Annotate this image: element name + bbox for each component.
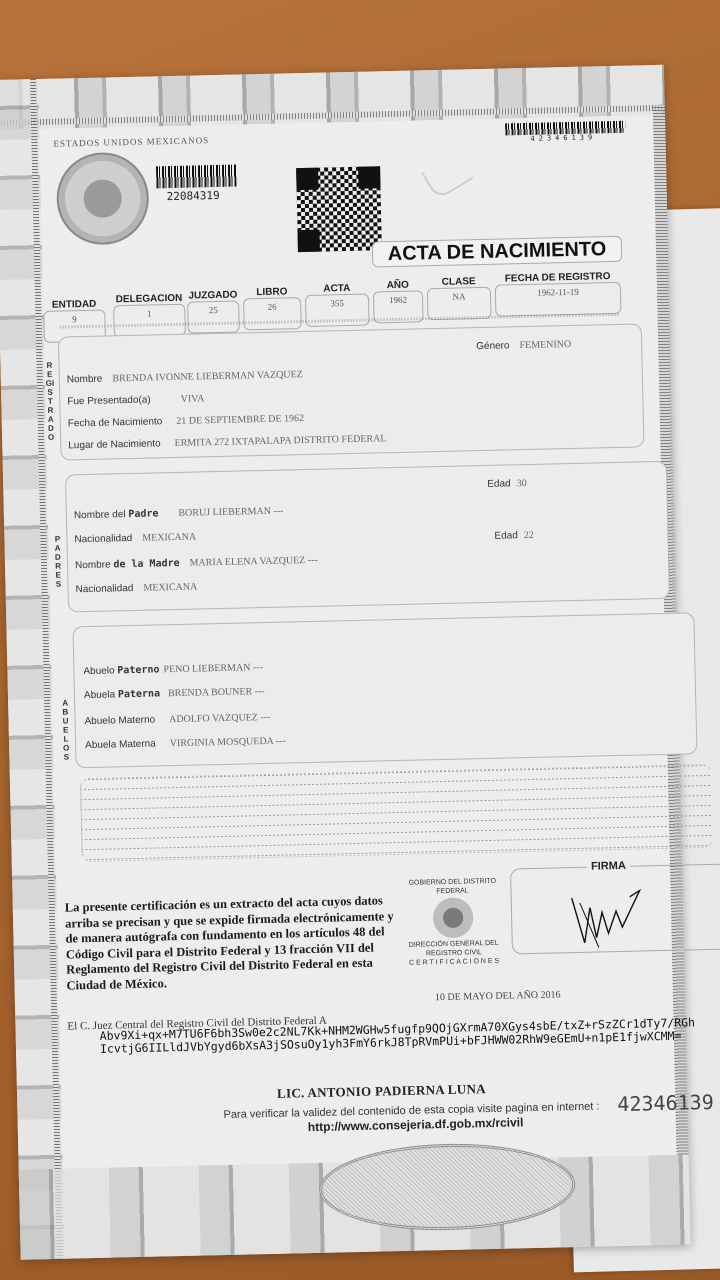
folio-number: 42346139 (617, 1090, 714, 1116)
faint-stamp-icon (421, 151, 474, 200)
ornamental-border-top (0, 65, 665, 130)
barcode-right-number: 42346139 (530, 133, 596, 142)
ornamental-border-bottom (19, 1155, 691, 1260)
section-label-registrado: REGISTRADO (44, 361, 56, 442)
birth-certificate: ESTADOS UNIDOS MEXICANOS 22084319 423461… (0, 65, 691, 1260)
section-label-abuelos: ABUELOS (60, 698, 71, 761)
firma-label: FIRMA (587, 860, 630, 873)
padre-edad: Edad30 (487, 478, 527, 490)
header-juzgado: JUZGADO 25 (187, 300, 240, 333)
registro-civil-stamp: GOBIERNO DEL DISTRITO FEDERAL DIRECCIÓN … (397, 877, 509, 968)
header-delegacion: DELEGACION 1 (113, 304, 186, 338)
signature-box (510, 863, 720, 954)
header-libro: LIBRO 26 (243, 297, 302, 330)
header-fecha-registro: FECHA DE REGISTRO 1962-11-19 (495, 282, 622, 317)
section-label-padres: PADRES (52, 535, 63, 589)
barcode-left-icon (156, 165, 236, 189)
national-seal-icon (56, 152, 150, 246)
barcode-left-number: 22084319 (167, 189, 220, 203)
qr-code-icon (296, 166, 382, 252)
issue-date: 10 DE MAYO DEL AÑO 2016 (435, 989, 561, 1003)
annotations-box (80, 764, 714, 862)
ornamental-border-left (0, 79, 65, 1260)
security-oval-icon (318, 1141, 576, 1233)
registro-civil-seal-icon (433, 897, 474, 938)
madre-edad: Edad22 (494, 530, 534, 542)
document-title: ACTA DE NACIMIENTO (372, 236, 623, 268)
genero-field: GéneroFEMENINO (476, 339, 571, 352)
handwritten-signature-icon (511, 864, 720, 953)
gobierno-label: GOBIERNO DEL DISTRITO FEDERAL (397, 877, 507, 897)
certificaciones-label: C E R T I F I C A C I O N E S (399, 957, 509, 968)
seal-caption: ESTADOS UNIDOS MEXICANOS (53, 135, 209, 149)
signer-name: LIC. ANTONIO PADIERNA LUNA (277, 1081, 486, 1102)
certification-text: La presente certificación es un extracto… (65, 893, 397, 993)
